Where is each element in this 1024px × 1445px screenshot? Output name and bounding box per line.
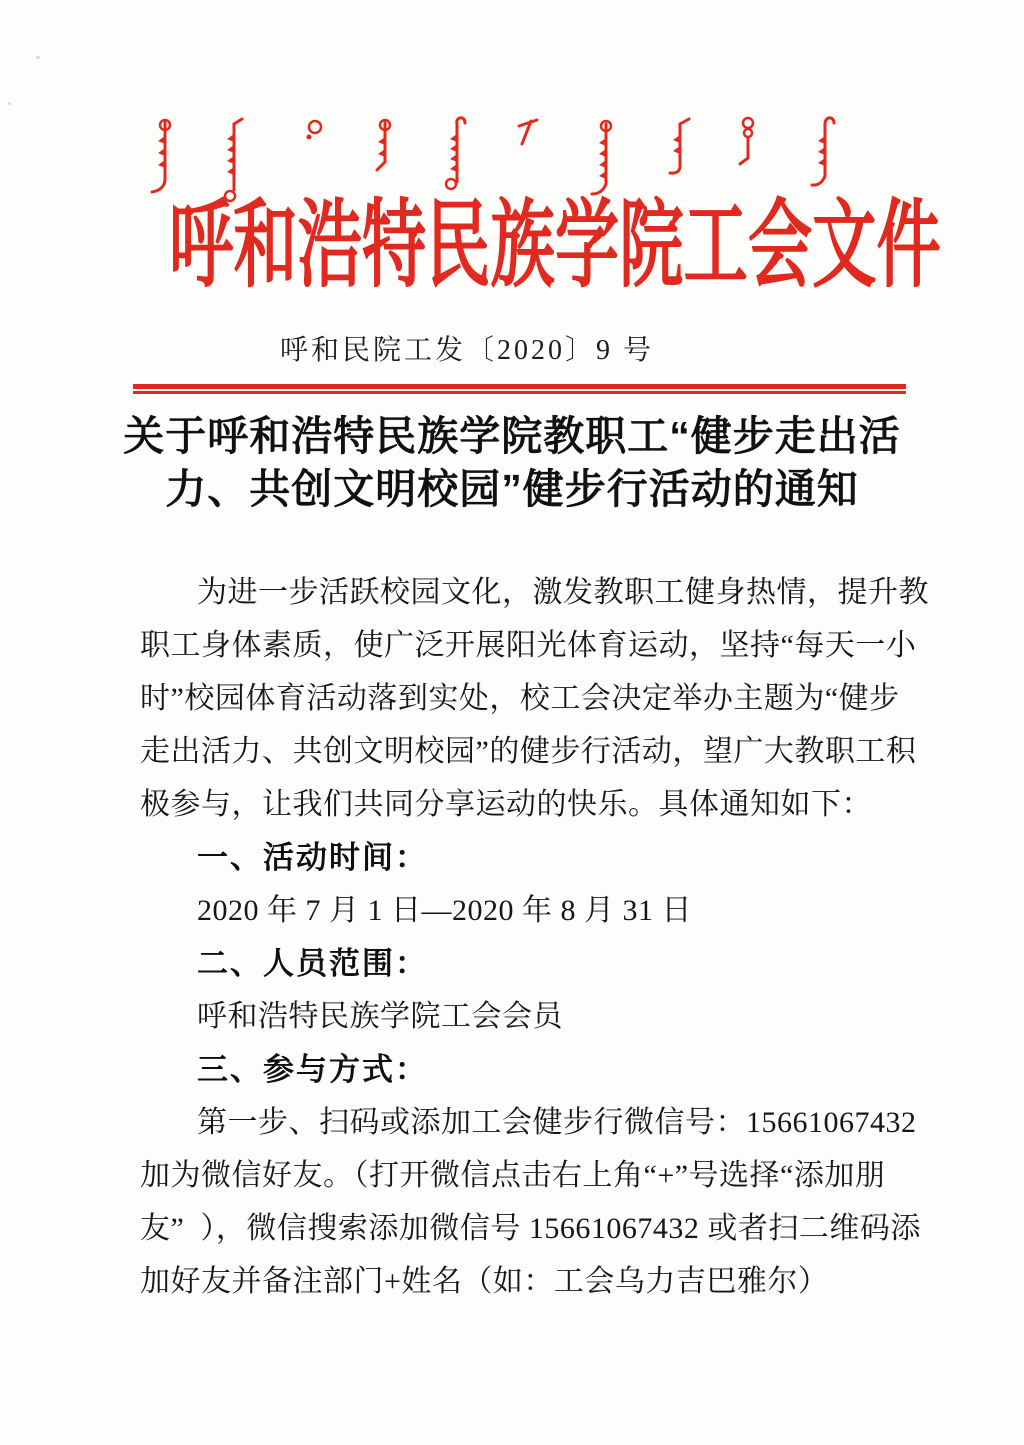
- notice-title-line1: 关于呼和浩特民族学院教职工“健步走出活: [0, 410, 1024, 463]
- body-line: 友” ），微信搜索添加微信号 15661067432 或者扫二维码添: [140, 1202, 915, 1255]
- body-line: 为进一步活跃校园文化，激发教职工健身热情，提升教: [140, 566, 915, 619]
- red-separator-rule: [133, 384, 906, 394]
- doc-number: 呼和民院工发〔2020〕9 号: [0, 334, 979, 368]
- body-line: 呼和浩特民族学院工会会员: [140, 990, 915, 1043]
- document-page: 呼和浩特民族学院工会文件 呼和民院工发〔2020〕9 号 关于呼和浩特民族学院教…: [0, 0, 1024, 1445]
- mongolian-glyph-column: [446, 118, 465, 189]
- body-line: 2020 年 7 月 1 日—2020 年 8 月 31 日: [140, 884, 915, 937]
- mongolian-glyph-column: [152, 120, 170, 192]
- org-title: 呼和浩特民族学院工会文件: [169, 196, 855, 296]
- body-line: 加为微信好友。（打开微信点击右上角“+”号选择“添加朋: [140, 1149, 915, 1202]
- body-line: 极参与，让我们共同分享运动的快乐。具体通知如下：: [140, 778, 915, 831]
- body-line: 时”校园体育活动落到实处，校工会决定举办主题为“健步: [140, 672, 915, 725]
- mongolian-glyph-column: [307, 121, 322, 140]
- mongolian-glyph-column: [519, 120, 537, 144]
- notice-title: 关于呼和浩特民族学院教职工“健步走出活 力、共创文明校园”健步行活动的通知: [0, 410, 1024, 516]
- mongolian-glyph-column: [377, 120, 390, 170]
- mongolian-glyph-column: [670, 119, 689, 173]
- mongolian-glyph-column: [740, 118, 753, 164]
- mongolian-glyph-column: [812, 118, 834, 185]
- body-line: 第一步、扫码或添加工会健步行微信号：15661067432: [140, 1096, 915, 1149]
- scan-speck: [36, 56, 40, 59]
- mongolian-glyph-column: [225, 119, 242, 201]
- scan-speck: [8, 102, 11, 105]
- mongolian-glyph-column: [592, 121, 611, 194]
- section-heading: 三、参与方式：: [140, 1043, 915, 1096]
- rule-thick-bar: [133, 384, 906, 389]
- body-lines: 为进一步活跃校园文化，激发教职工健身热情，提升教职工身体素质，使广泛开展阳光体育…: [140, 566, 915, 1308]
- body-line: 走出活力、共创文明校园”的健步行活动，望广大教职工积: [140, 725, 915, 778]
- section-heading: 二、人员范围：: [140, 937, 915, 990]
- body-line: 加好友并备注部门+姓名（如：工会乌力吉巴雅尔）: [140, 1255, 915, 1308]
- section-heading: 一、活动时间：: [140, 831, 915, 884]
- rule-thin-bar: [133, 391, 906, 394]
- body-line: 职工身体素质，使广泛开展阳光体育运动，坚持“每天一小: [140, 619, 915, 672]
- notice-title-line2: 力、共创文明校园”健步行活动的通知: [0, 463, 1024, 516]
